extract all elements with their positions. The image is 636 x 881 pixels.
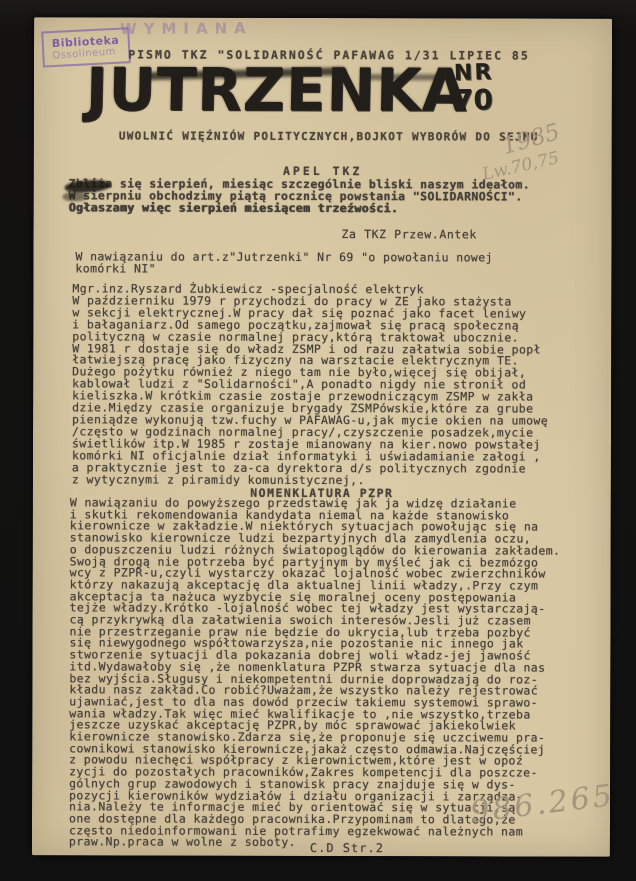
appeal-signature: Za TKZ Przew.Antek	[342, 227, 477, 241]
masthead-title: JUTRZENKA	[85, 55, 468, 125]
faded-overprint-stamp: WYMIANA	[120, 19, 253, 38]
continuation-note: C.D Str.2	[310, 841, 384, 855]
ink-blot-small	[63, 192, 87, 201]
masthead-slogan: UWOLNIĆ WIĘŹNIÓW POLITYCZNYCH,BOJKOT WYB…	[94, 129, 564, 143]
issue-number-block: NR 70	[454, 60, 494, 116]
article1-body: Mgr.inz.Ryszard Żubkiewicz -specjalność …	[72, 283, 549, 487]
text-line: komórki NI"	[75, 263, 492, 276]
bulletin-page: WYMIANA Biblioteka Ossolineum PISMO TKZ …	[32, 17, 612, 857]
appeal-paragraph: Zbliża się sierpień, miesiąc szczególnie…	[69, 178, 530, 215]
issue-label: NR	[454, 60, 494, 86]
article1-intro: W nawiązaniu do art.z"Jutrzenki" Nr 69 "…	[75, 251, 493, 276]
text-line: Ogłaszamy więc sierpień miesiącem trzeźw…	[69, 202, 530, 215]
issue-number: 70	[454, 83, 494, 117]
